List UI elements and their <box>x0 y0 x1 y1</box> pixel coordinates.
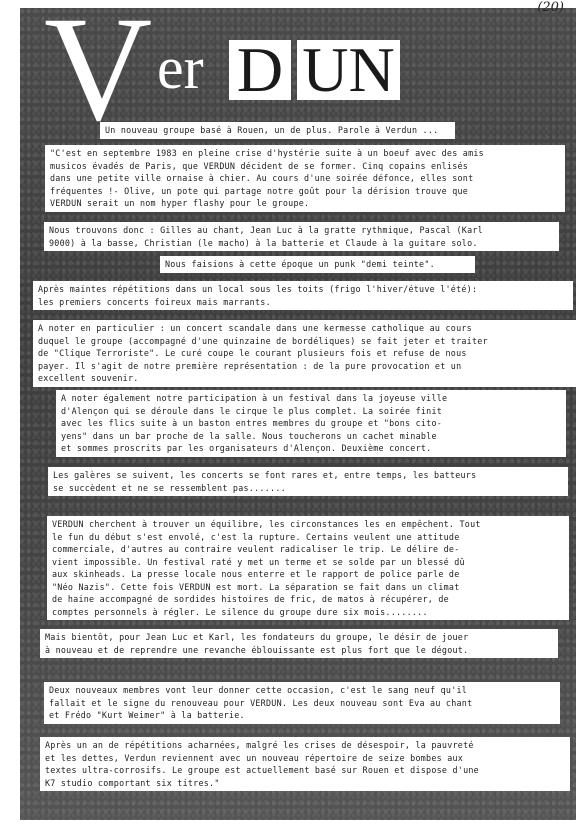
paragraph-alencon-festival: A noter également notre participation à … <box>56 390 566 457</box>
paragraph-new-members: Deux nouveaux membres vont leur donner c… <box>44 682 560 724</box>
paragraph-lineup: Nous trouvons donc : Gilles au chant, Je… <box>44 222 559 251</box>
paragraph-rehearsals: Après maintes répétitions dans un local … <box>33 281 573 310</box>
title-letter-d: D <box>229 40 291 100</box>
title-letters-er: er <box>157 38 204 98</box>
paragraph-current: Après un an de répétitions acharnées, ma… <box>40 737 570 791</box>
paragraph-scandal-concert: A noter en particulier : un concert scan… <box>33 320 578 387</box>
paragraph-comeback: Mais bientôt, pour Jean Luc et Karl, les… <box>40 629 558 658</box>
title-letters-un: UN <box>297 40 400 100</box>
subtitle: Un nouveau groupe basé à Rouen, un de pl… <box>100 122 455 139</box>
paragraph-formation: "C'est en septembre 1983 en pleine crise… <box>45 145 565 212</box>
paragraph-breakup: VERDUN cherchent à trouver un équilibre,… <box>47 516 569 620</box>
paragraph-style: Nous faisions à cette époque un punk "de… <box>160 256 475 273</box>
paragraph-drummers: Les galères se suivent, les concerts se … <box>48 467 568 496</box>
page-number: (20) <box>537 0 564 15</box>
